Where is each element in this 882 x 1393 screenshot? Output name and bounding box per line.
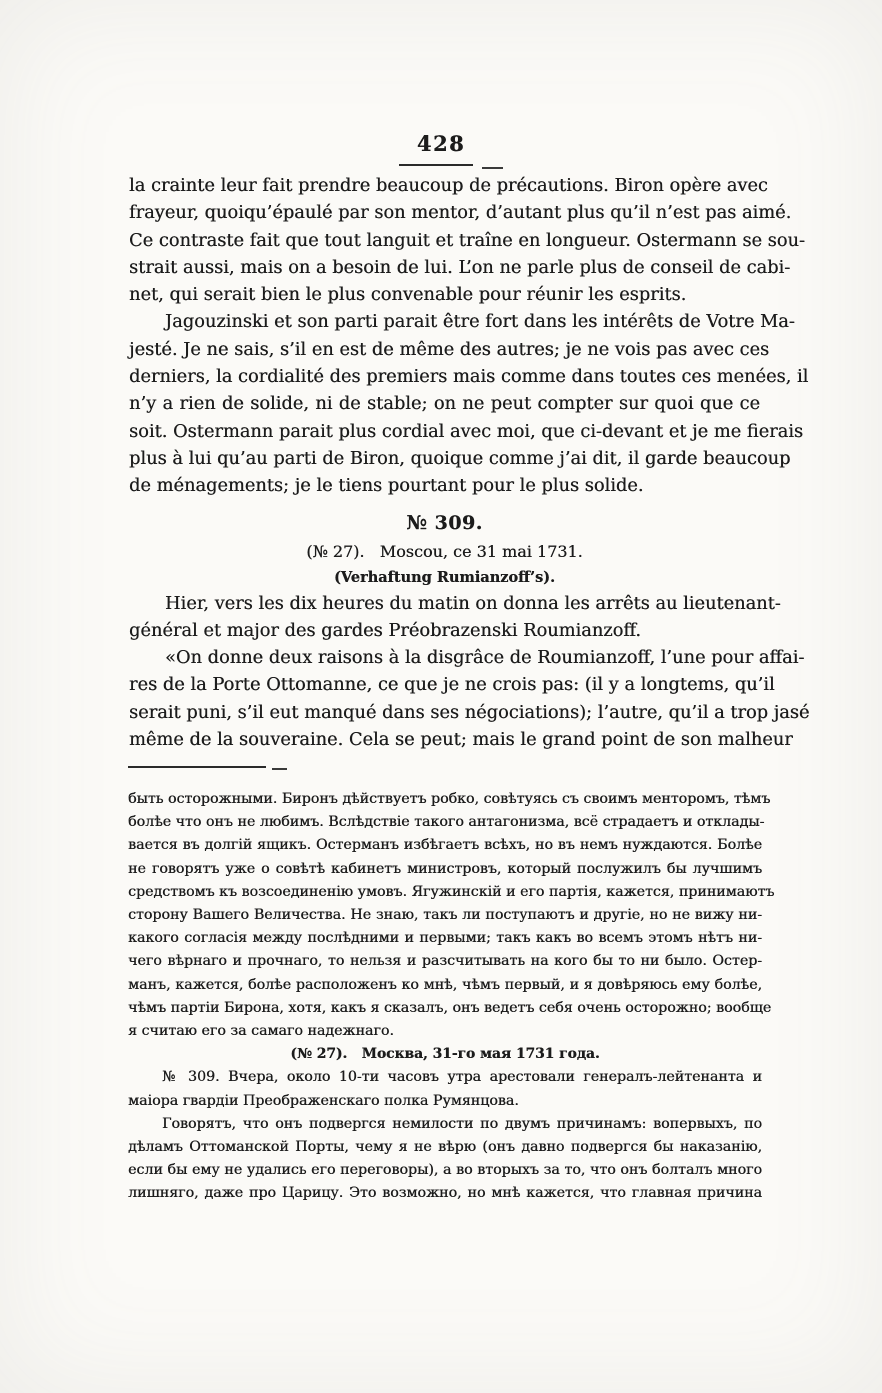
text-line: strait aussi, mais on a besoin de lui. L… [129,254,760,281]
text-line: «On donne deux raisons à la disgrâce de … [129,644,760,671]
text-line: res de la Porte Ottomanne, ce que je ne … [129,671,760,698]
text-line: derniers, la cordialité des premiers mai… [129,363,760,390]
text-line: plus à lui qu’au parti de Biron, quoique… [129,445,760,472]
footnote-line: не говорятъ уже о совѣтѣ кабинетъ минист… [128,858,762,881]
footnote-line: вается въ долгій ящикъ. Остерманъ избѣга… [128,834,762,857]
text-line: jesté. Je ne sais, s’il en est de même d… [129,336,760,363]
footnote-line: средствомъ къ возсоединенію умовъ. Ягужи… [128,881,762,904]
text-line: n’y a rien de solide, ni de stable; on n… [129,390,760,417]
footnote-line: манъ, кажется, болѣе расположенъ ко мнѣ,… [128,974,762,997]
entry-heading: № 309. [129,508,760,538]
page-number-dash [482,167,503,169]
footnote-line: если бы ему не удались его переговоры), … [128,1159,762,1182]
main-text-block: la crainte leur fait prendre beaucoup de… [129,172,760,753]
text-line: Ce contraste fait que tout languit et tr… [129,227,760,254]
text-line: soit. Ostermann parait plus cordial avec… [129,418,760,445]
text-line: de ménagements; je le tiens pourtant pou… [129,472,760,499]
footnote-line: лишняго, даже про Царицу. Это возможно, … [128,1182,762,1205]
text-line: net, qui serait bien le plus convenable … [129,281,760,308]
footnote-line: чѣмъ партіи Бирона, хотя, какъ я сказалъ… [128,997,762,1020]
footnote-line: Говорятъ, что онъ подвергся немилости по… [128,1113,762,1136]
text-line: Hier, vers les dix heures du matin on do… [129,590,760,617]
text-line: frayeur, quoiqu’épaulé par son mentor, d… [129,199,760,226]
footnote-line: болѣе что онъ не любимъ. Вслѣдствіе тако… [128,811,762,834]
footnote-line: быть осторожными. Биронъ дѣйствуетъ робк… [128,788,762,811]
footnote-separator-rule [128,766,266,768]
page-number: 428 [0,131,882,156]
footnote-line: чего вѣрнаго и прочнаго, то нельзя и раз… [128,950,762,973]
text-line: Jagouzinski et son parti parait être for… [129,308,760,335]
footnote-block: быть осторожными. Биронъ дѣйствуетъ робк… [128,788,762,1206]
footnote-dateline: (№ 27). Москва, 31-го мая 1731 года. [128,1043,762,1066]
text-line: la crainte leur fait prendre beaucoup de… [129,172,760,199]
text-line: général et major des gardes Préobrazensk… [129,617,760,644]
entry-subtitle: (Verhaftung Rumianzoff’s). [129,565,760,590]
entry-dateline: (№ 27). Moscou, ce 31 mai 1731. [129,538,760,565]
footnote-line: какого согласія между послѣдними и первы… [128,927,762,950]
text-line: même de la souveraine. Cela se peut; mai… [129,726,760,753]
text-line: serait puni, s’il eut manqué dans ses né… [129,699,760,726]
footnote-line: дѣламъ Оттоманской Порты, чему я не вѣрю… [128,1136,762,1159]
footnote-line: маіора гвардіи Преображенскаго полка Рум… [128,1090,762,1113]
footnote-line: № 309. Вчера, около 10-ти часовъ утра ар… [128,1066,762,1089]
footnote-separator-dash [272,768,287,770]
page-number-rule [399,164,473,166]
footnote-line: сторону Вашего Величества. Не знаю, такъ… [128,904,762,927]
footnote-line: я считаю его за самаго надежнаго. [128,1020,762,1043]
